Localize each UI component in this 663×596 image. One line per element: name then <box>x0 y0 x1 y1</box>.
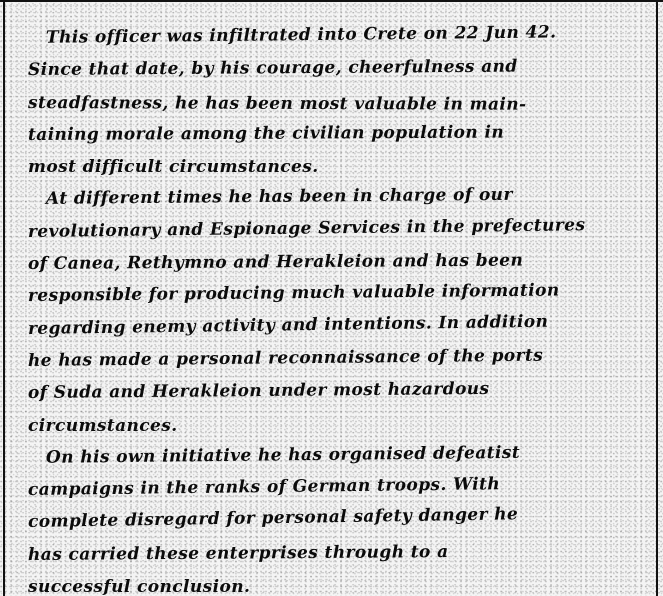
page-left-border <box>3 0 5 596</box>
text-line: Since that date, by his courage, cheerfu… <box>28 50 648 87</box>
text-line: of Suda and Herakleion under most hazard… <box>28 372 648 410</box>
handwritten-text-block: This officer was infiltrated into Crete … <box>28 22 648 596</box>
text-line: successful conclusion. <box>28 571 648 596</box>
page-top-edge <box>0 0 663 2</box>
text-line: taining morale among the civilian popula… <box>28 116 648 152</box>
text-line: This officer was infiltrated into Crete … <box>28 16 648 55</box>
text-line: revolutionary and Espionage Services in … <box>28 208 648 248</box>
scanned-document-page: This officer was infiltrated into Crete … <box>0 0 663 596</box>
text-line: has carried these enterprises through to… <box>28 534 648 571</box>
page-right-border <box>656 0 658 596</box>
